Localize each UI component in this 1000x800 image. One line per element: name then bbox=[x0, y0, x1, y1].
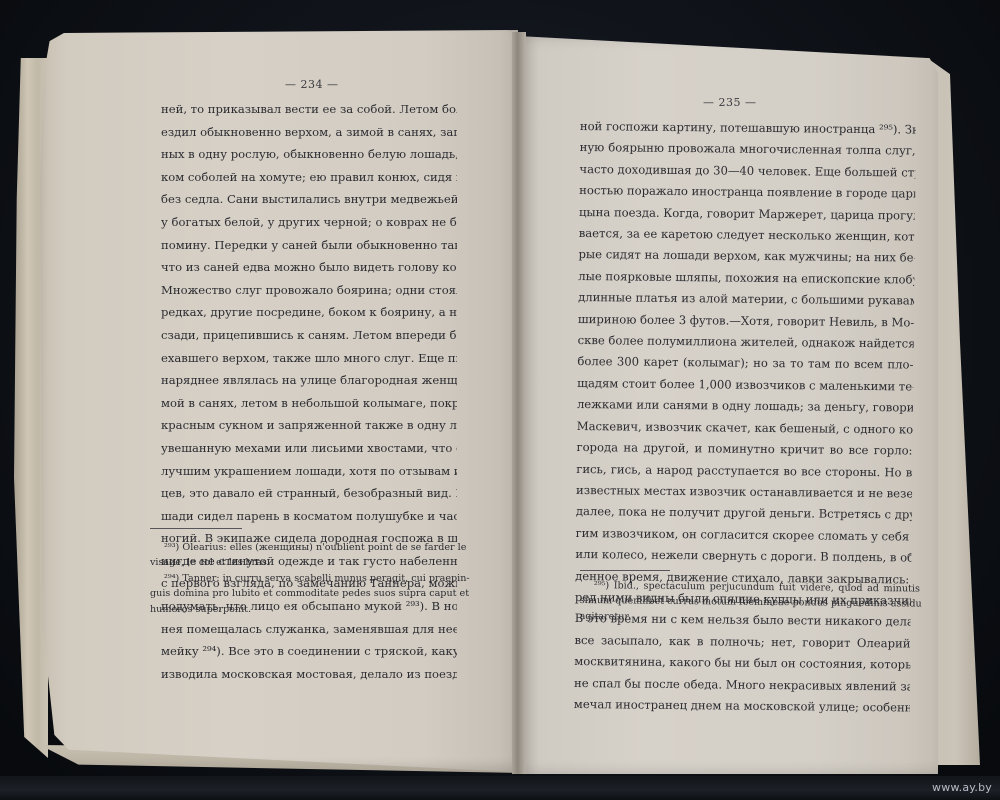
left-page-footnotes: ²⁹³) Olearius: elles (женщины) n'oublien… bbox=[150, 540, 450, 617]
text-line: изводила московская мостовая, делало из … bbox=[161, 663, 457, 686]
footnote-294-line: humeros superponit. bbox=[150, 602, 450, 617]
text-line: ней, то приказывал вести ее за собой. Ле… bbox=[161, 98, 457, 121]
text-line: мой в санях, летом в небольшой колымаге,… bbox=[161, 392, 457, 415]
text-line: длинные платья из алой материи, с больши… bbox=[578, 287, 914, 312]
text-line: редках, другие посредине, боком к боярин… bbox=[161, 301, 457, 324]
table-edge bbox=[0, 776, 1000, 800]
text-line: ностью поражало иностранца появление в г… bbox=[579, 180, 915, 205]
text-line: ехавшего верхом, также шло много слуг. Е… bbox=[161, 347, 457, 370]
text-line: лучшим украшением лошади, хотя по отзыва… bbox=[161, 460, 457, 483]
text-line: что из саней едва можно было видеть голо… bbox=[161, 256, 457, 279]
footnote-294-line: guis domina pro lubito et commoditate pe… bbox=[150, 586, 450, 601]
text-line: сзади, прицепившись к саням. Летом впере… bbox=[161, 324, 457, 347]
text-line: помину. Передки у саней были обыкновенно… bbox=[161, 234, 457, 257]
text-line: без седла. Сани выстилались внутри медве… bbox=[161, 188, 457, 211]
footnote-293-line: ²⁹³) Olearius: elles (женщины) n'oublien… bbox=[150, 540, 450, 555]
book-spine-gutter bbox=[512, 32, 526, 774]
text-line: ных в одну рослую, обыкновенно белую лош… bbox=[161, 143, 457, 166]
text-line: или колесо, нежели свернуть с дороги. В … bbox=[575, 544, 911, 569]
text-line: мейку ²⁹⁴). Все это в соединении с тряск… bbox=[161, 640, 457, 663]
footnote-293-line: visage, le col et les bras. bbox=[150, 555, 450, 570]
text-line: лежками или санями в одну лошадь; за ден… bbox=[577, 394, 913, 419]
text-line: далее, пока не получит другой деньги. Вс… bbox=[576, 501, 912, 526]
left-page-number: — 234 — bbox=[285, 78, 339, 91]
text-line: цев, это давало ей странный, безобразный… bbox=[161, 482, 457, 505]
left-footnote-rule bbox=[150, 528, 242, 529]
text-line: ком соболей на хомуте; ею правил конюх, … bbox=[161, 166, 457, 189]
text-line: мечал иностранец днем на московской улиц… bbox=[574, 694, 910, 719]
text-line: шади сидел парень в косматом полушубке и… bbox=[161, 505, 457, 528]
right-footnote-rule bbox=[580, 570, 670, 571]
right-page-footnotes: ²⁹⁵) Ibid., spectaculum perjucundum fuit… bbox=[580, 578, 920, 628]
watermark-text: www.ay.by bbox=[932, 781, 992, 794]
right-page-body: ной госпожи картину, потешавшую иностран… bbox=[574, 116, 916, 719]
text-line: наряднее являлась на улице благородная ж… bbox=[161, 369, 457, 392]
text-line: ездил обыкновенно верхом, а зимой в саня… bbox=[161, 121, 457, 144]
text-line: увешанную мехами или лисьими хвостами, ч… bbox=[161, 437, 457, 460]
text-line: красным сукном и запряженной также в одн… bbox=[161, 414, 457, 437]
text-line: москвитянина, какого бы ни был он состоя… bbox=[574, 651, 910, 676]
text-line: нея помещалась служанка, заменявшая для … bbox=[161, 618, 457, 641]
right-page-number: — 235 — bbox=[703, 96, 757, 109]
text-line: Множество слуг провожало боярина; одни с… bbox=[161, 279, 457, 302]
footnote-294-line: ²⁹⁴) Tanner: in curru serva scabelli mun… bbox=[150, 571, 450, 586]
text-line: города на другой, и поминутно кричит во … bbox=[576, 437, 912, 462]
text-line: у богатых белой, у других черной; о ковр… bbox=[161, 211, 457, 234]
